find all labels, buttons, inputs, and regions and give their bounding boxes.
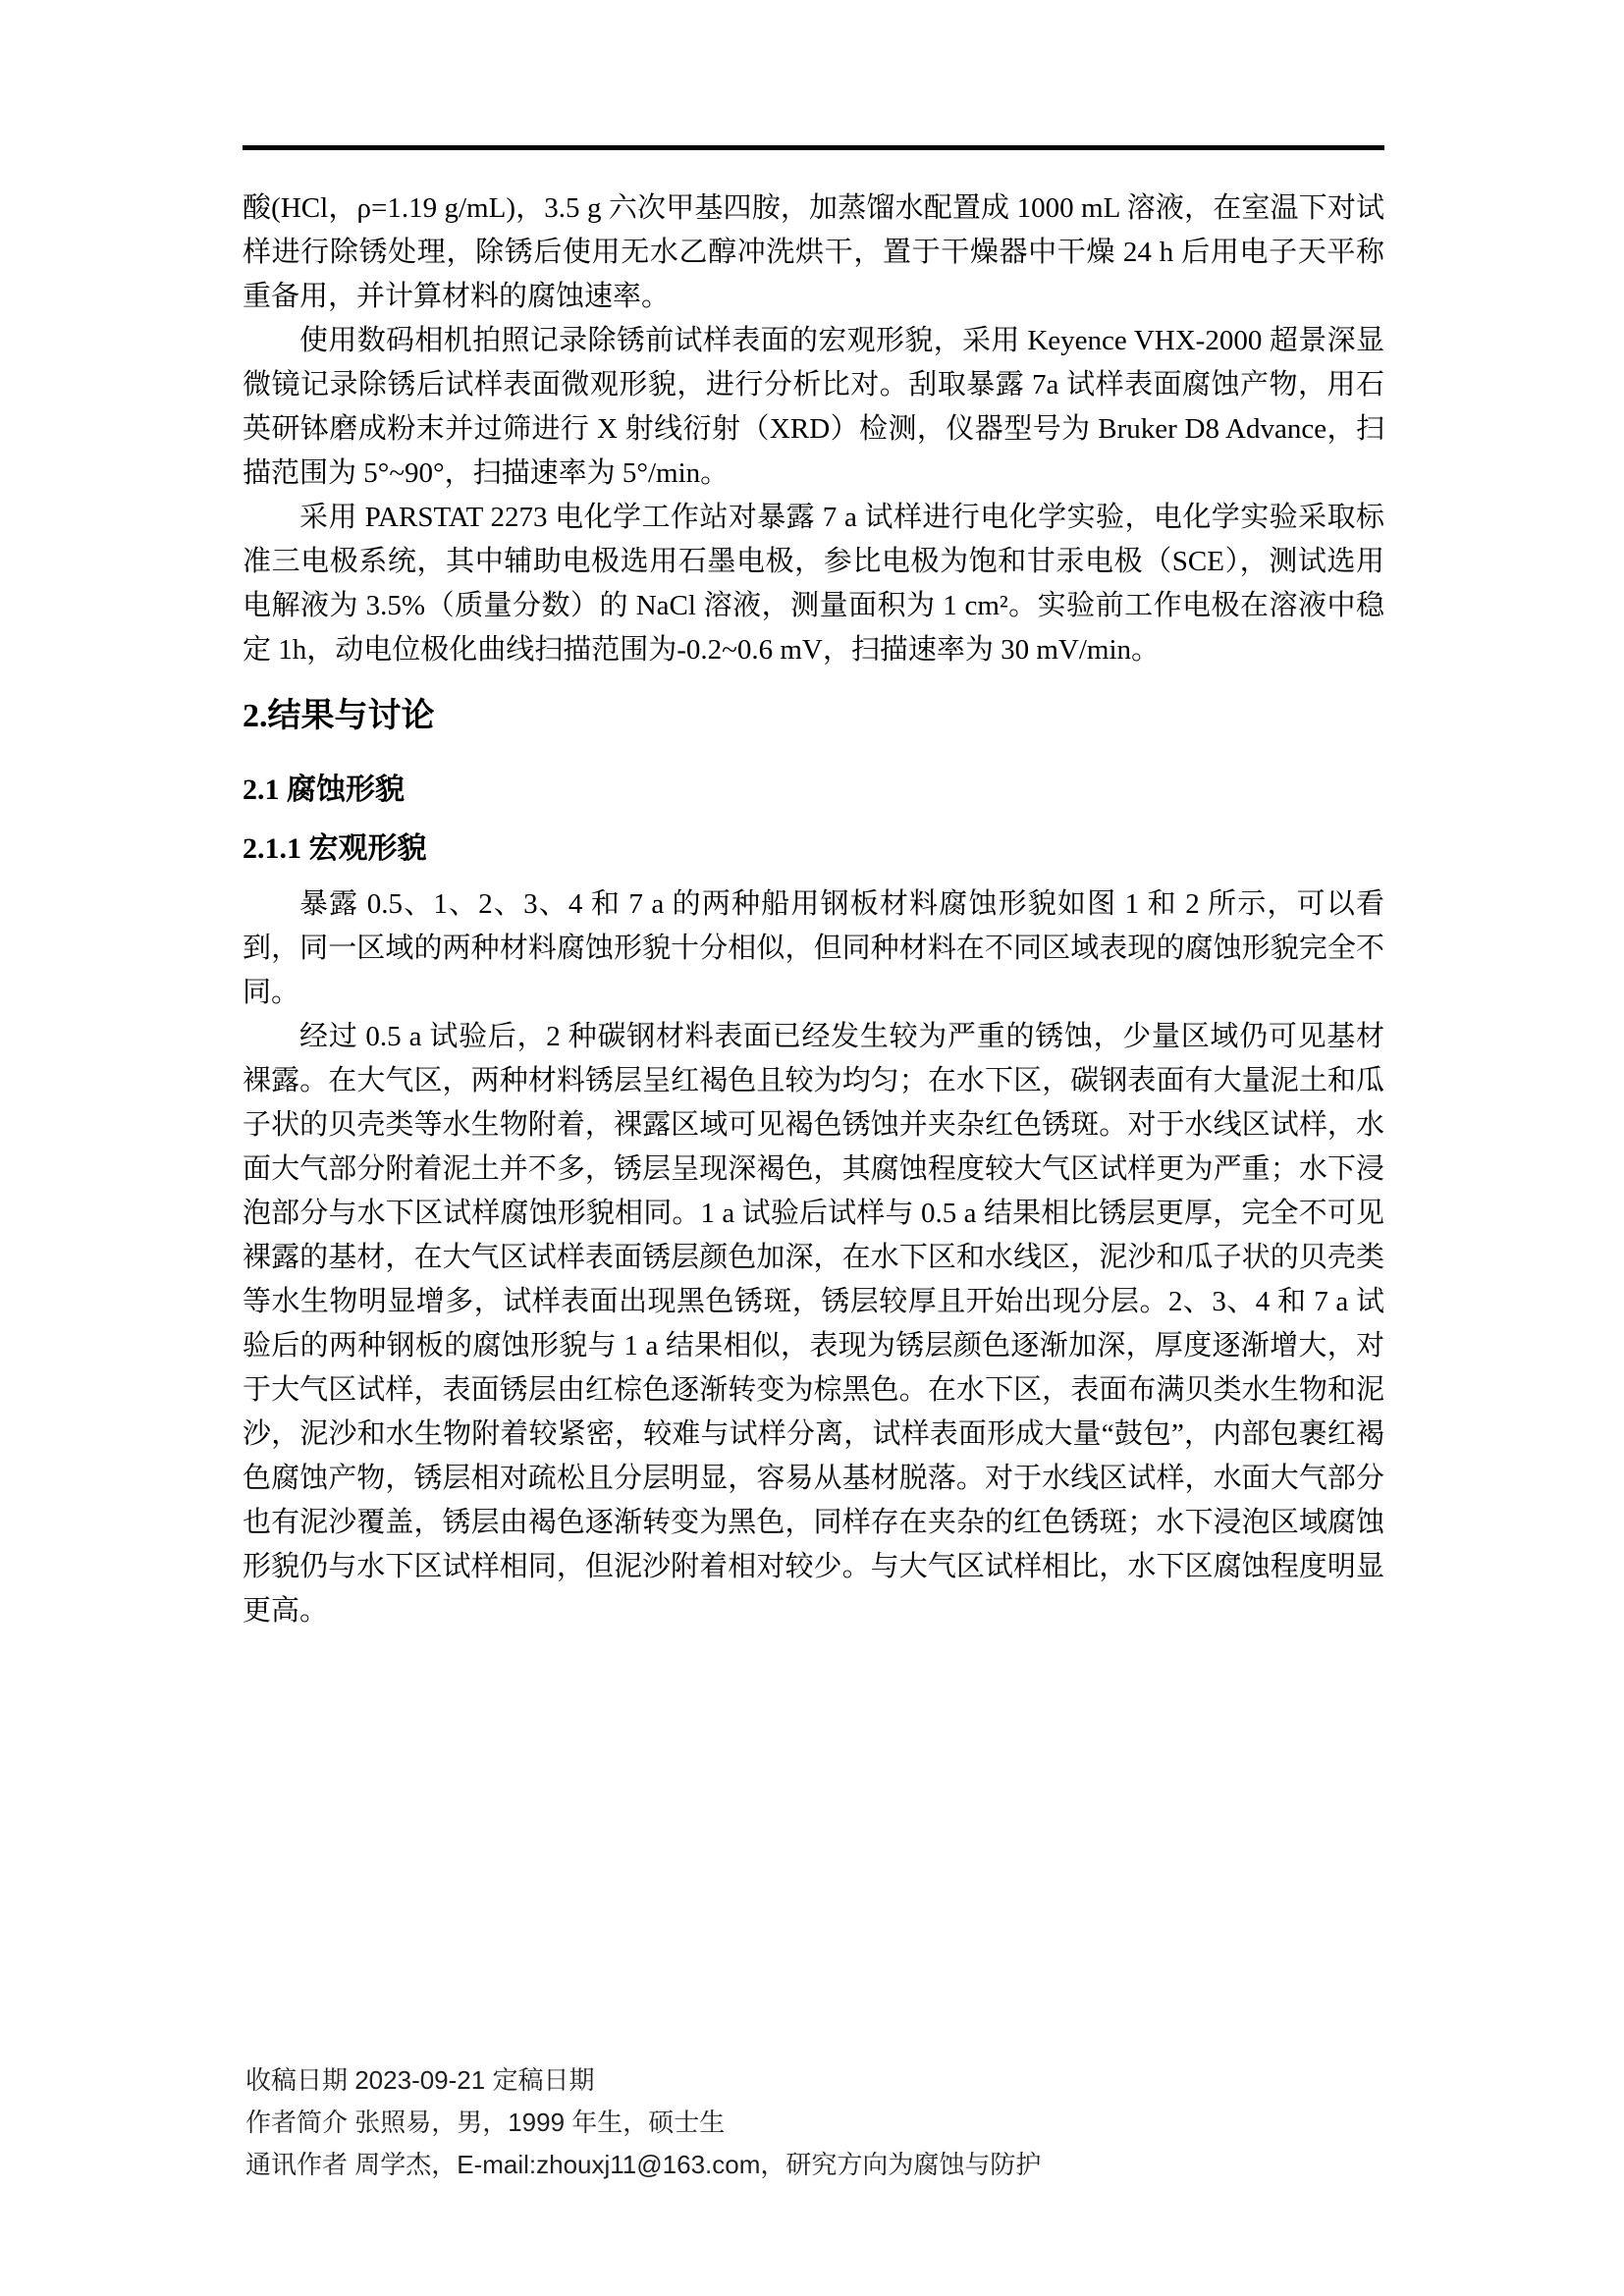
section-heading-corrosion-morphology: 2.1 腐蚀形貌 bbox=[243, 769, 1384, 812]
body-paragraph-exposure-overview: 暴露 0.5、1、2、3、4 和 7 a 的两种船用钢板材料腐蚀形貌如图 1 和… bbox=[243, 882, 1384, 1015]
footnote-author-bio: 作者简介 张照易，男，1999 年生，硕士生 bbox=[245, 2102, 1387, 2144]
footnote-corresponding-author: 通讯作者 周学杰，E-mail:zhouxj11@163.com，研究方向为腐蚀… bbox=[245, 2144, 1387, 2186]
section-heading-macro-morphology: 2.1.1 宏观形貌 bbox=[243, 828, 1384, 871]
footnote-received-date: 收稿日期 2023-09-21 定稿日期 bbox=[245, 2059, 1387, 2102]
body-paragraph-electrochemistry: 采用 PARSTAT 2273 电化学工作站对暴露 7 a 试样进行电化学实验，… bbox=[243, 496, 1384, 672]
page-body: 酸(HCl，ρ=1.19 g/mL)，3.5 g 六次甲基四胺，加蒸馏水配置成 … bbox=[243, 187, 1384, 1633]
body-paragraph-morphology-detail: 经过 0.5 a 试验后，2 种碳钢材料表面已经发生较为严重的锈蚀，少量区域仍可… bbox=[243, 1015, 1384, 1633]
body-paragraph-continuation: 酸(HCl，ρ=1.19 g/mL)，3.5 g 六次甲基四胺，加蒸馏水配置成 … bbox=[243, 187, 1384, 319]
manuscript-page: 酸(HCl，ρ=1.19 g/mL)，3.5 g 六次甲基四胺，加蒸馏水配置成 … bbox=[0, 0, 1624, 2296]
manuscript-footnotes: 收稿日期 2023-09-21 定稿日期 作者简介 张照易，男，1999 年生，… bbox=[245, 2059, 1387, 2186]
section-heading-results-discussion: 2.结果与讨论 bbox=[243, 694, 1384, 739]
body-paragraph-macro-recording: 使用数码相机拍照记录除锈前试样表面的宏观形貌，采用 Keyence VHX-20… bbox=[243, 319, 1384, 496]
header-rule bbox=[243, 145, 1384, 150]
